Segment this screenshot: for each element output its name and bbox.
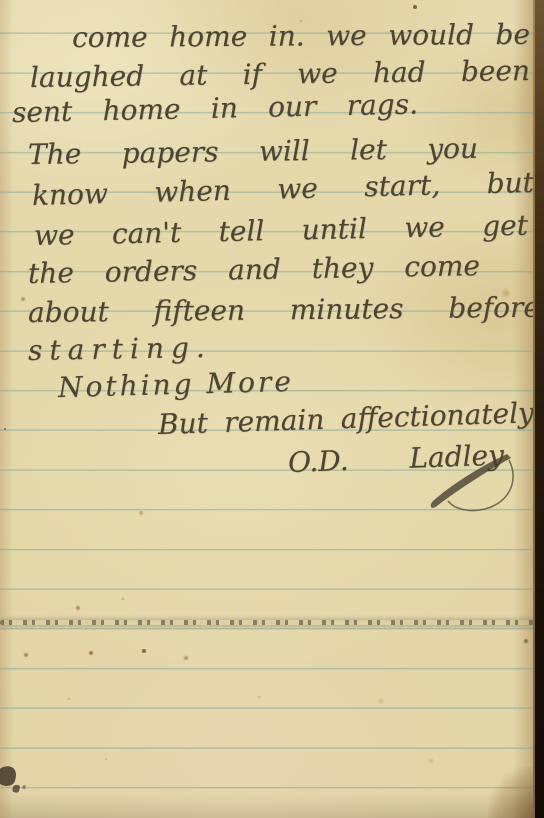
fold-crease [0, 620, 534, 625]
handwritten-line: starting. [28, 332, 212, 367]
paper-sheet: come home in. we would be laughed at if … [0, 0, 534, 818]
stain-spots [0, 0, 2, 2]
signature-flourish [415, 452, 520, 514]
curled-corner [488, 766, 534, 818]
scan-edge [533, 0, 544, 818]
handwritten-line: about fifteen minutes before [28, 292, 534, 329]
handwritten-line: The papers will let you [28, 133, 478, 171]
scanned-letter: come home in. we would be laughed at if … [0, 0, 544, 818]
handwritten-line: come home in. we would be [72, 19, 530, 54]
handwritten-line: Nothing More [58, 366, 295, 404]
